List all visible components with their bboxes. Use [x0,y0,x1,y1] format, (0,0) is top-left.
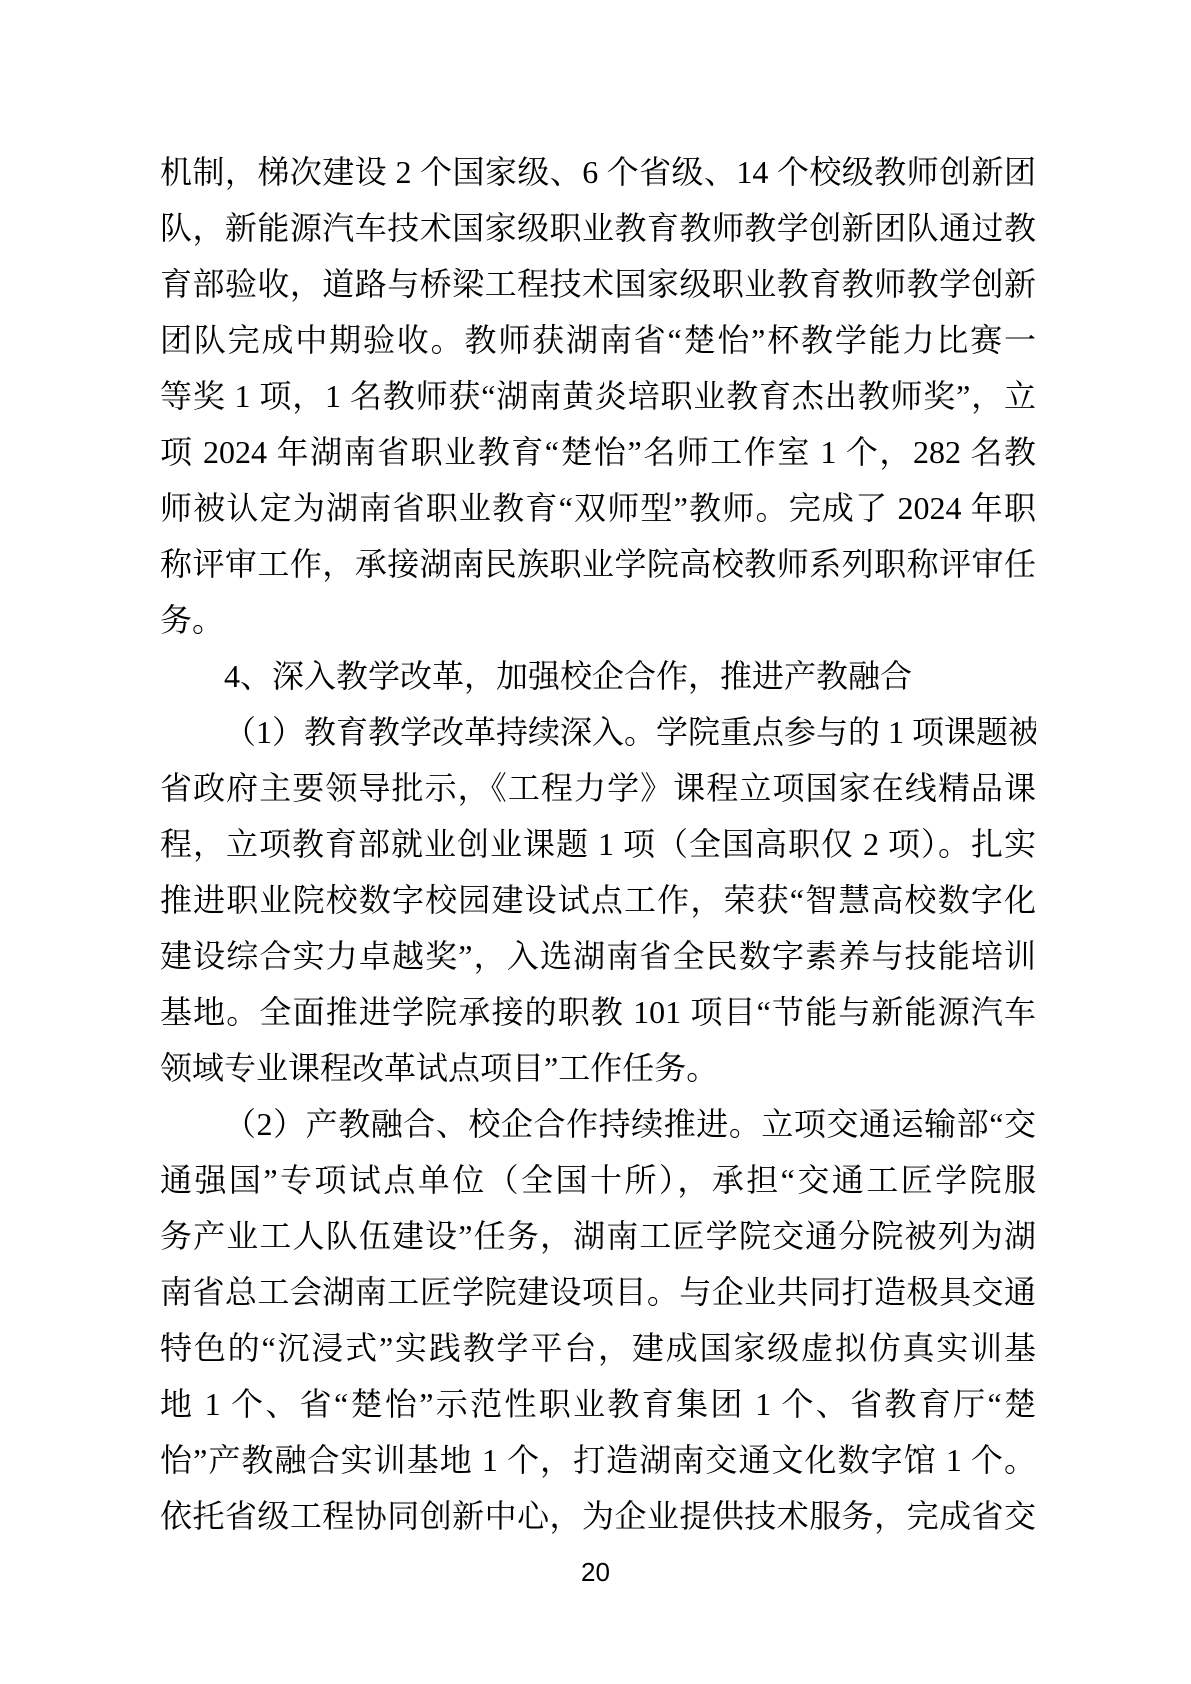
paragraph-heading-4: 4、深入教学改革，加强校企合作，推进产教融合 [160,648,1036,704]
text-line: 通强国”专项试点单位（全国十所），承担“交通工匠学院服 [160,1152,1036,1208]
text-line: 4、深入教学改革，加强校企合作，推进产教融合 [160,648,1036,704]
text-line: 特色的“沉浸式”实践教学平台，建成国家级虚拟仿真实训基 [160,1320,1036,1376]
text-line: 育部验收，道路与桥梁工程技术国家级职业教育教师教学创新 [160,256,1036,312]
page-footer: 20 [0,1556,1191,1588]
text-line: 省政府主要领导批示，《工程力学》课程立项国家在线精品课 [160,760,1036,816]
paragraph-item-2-industry-education: （2）产教融合、校企合作持续推进。立项交通运输部“交通强国”专项试点单位（全国十… [160,1096,1036,1544]
text-line: 机制，梯次建设 2 个国家级、6 个省级、14 个校级教师创新团 [160,144,1036,200]
text-line: 项 2024 年湖南省职业教育“楚怡”名师工作室 1 个，282 名教 [160,424,1036,480]
text-line: 务产业工人队伍建设”任务，湖南工匠学院交通分院被列为湖 [160,1208,1036,1264]
paragraph-item-1-education-reform: （1）教育教学改革持续深入。学院重点参与的 1 项课题被省政府主要领导批示，《工… [160,704,1036,1096]
text-line: 地 1 个、省“楚怡”示范性职业教育集团 1 个、省教育厅“楚 [160,1376,1036,1432]
page-number: 20 [581,1557,610,1587]
text-line: 推进职业院校数字校园建设试点工作，荣获“智慧高校数字化 [160,872,1036,928]
text-line: 务。 [160,592,1036,648]
text-line: 等奖 1 项，1 名教师获“湖南黄炎培职业教育杰出教师奖”，立 [160,368,1036,424]
text-line: 领域专业课程改革试点项目”工作任务。 [160,1040,1036,1096]
text-line: 依托省级工程协同创新中心，为企业提供技术服务，完成省交 [160,1488,1036,1544]
text-line: （2）产教融合、校企合作持续推进。立项交通运输部“交 [160,1096,1036,1152]
text-line: 队，新能源汽车技术国家级职业教育教师教学创新团队通过教 [160,200,1036,256]
text-line: 基地。全面推进学院承接的职教 101 项目“节能与新能源汽车 [160,984,1036,1040]
text-line: 师被认定为湖南省职业教育“双师型”教师。完成了 2024 年职 [160,480,1036,536]
text-line: 称评审工作，承接湖南民族职业学院高校教师系列职称评审任 [160,536,1036,592]
paragraph-teacher-team: 机制，梯次建设 2 个国家级、6 个省级、14 个校级教师创新团队，新能源汽车技… [160,144,1036,648]
text-line: 建设综合实力卓越奖”，入选湖南省全民数字素养与技能培训 [160,928,1036,984]
text-line: （1）教育教学改革持续深入。学院重点参与的 1 项课题被 [160,704,1036,760]
text-line: 南省总工会湖南工匠学院建设项目。与企业共同打造极具交通 [160,1264,1036,1320]
text-line: 怡”产教融合实训基地 1 个，打造湖南交通文化数字馆 1 个。 [160,1432,1036,1488]
document-body: 机制，梯次建设 2 个国家级、6 个省级、14 个校级教师创新团队，新能源汽车技… [160,144,1036,1544]
document-page: 机制，梯次建设 2 个国家级、6 个省级、14 个校级教师创新团队，新能源汽车技… [0,0,1191,1684]
text-line: 程，立项教育部就业创业课题 1 项（全国高职仅 2 项）。扎实 [160,816,1036,872]
text-line: 团队完成中期验收。教师获湖南省“楚怡”杯教学能力比赛一 [160,312,1036,368]
